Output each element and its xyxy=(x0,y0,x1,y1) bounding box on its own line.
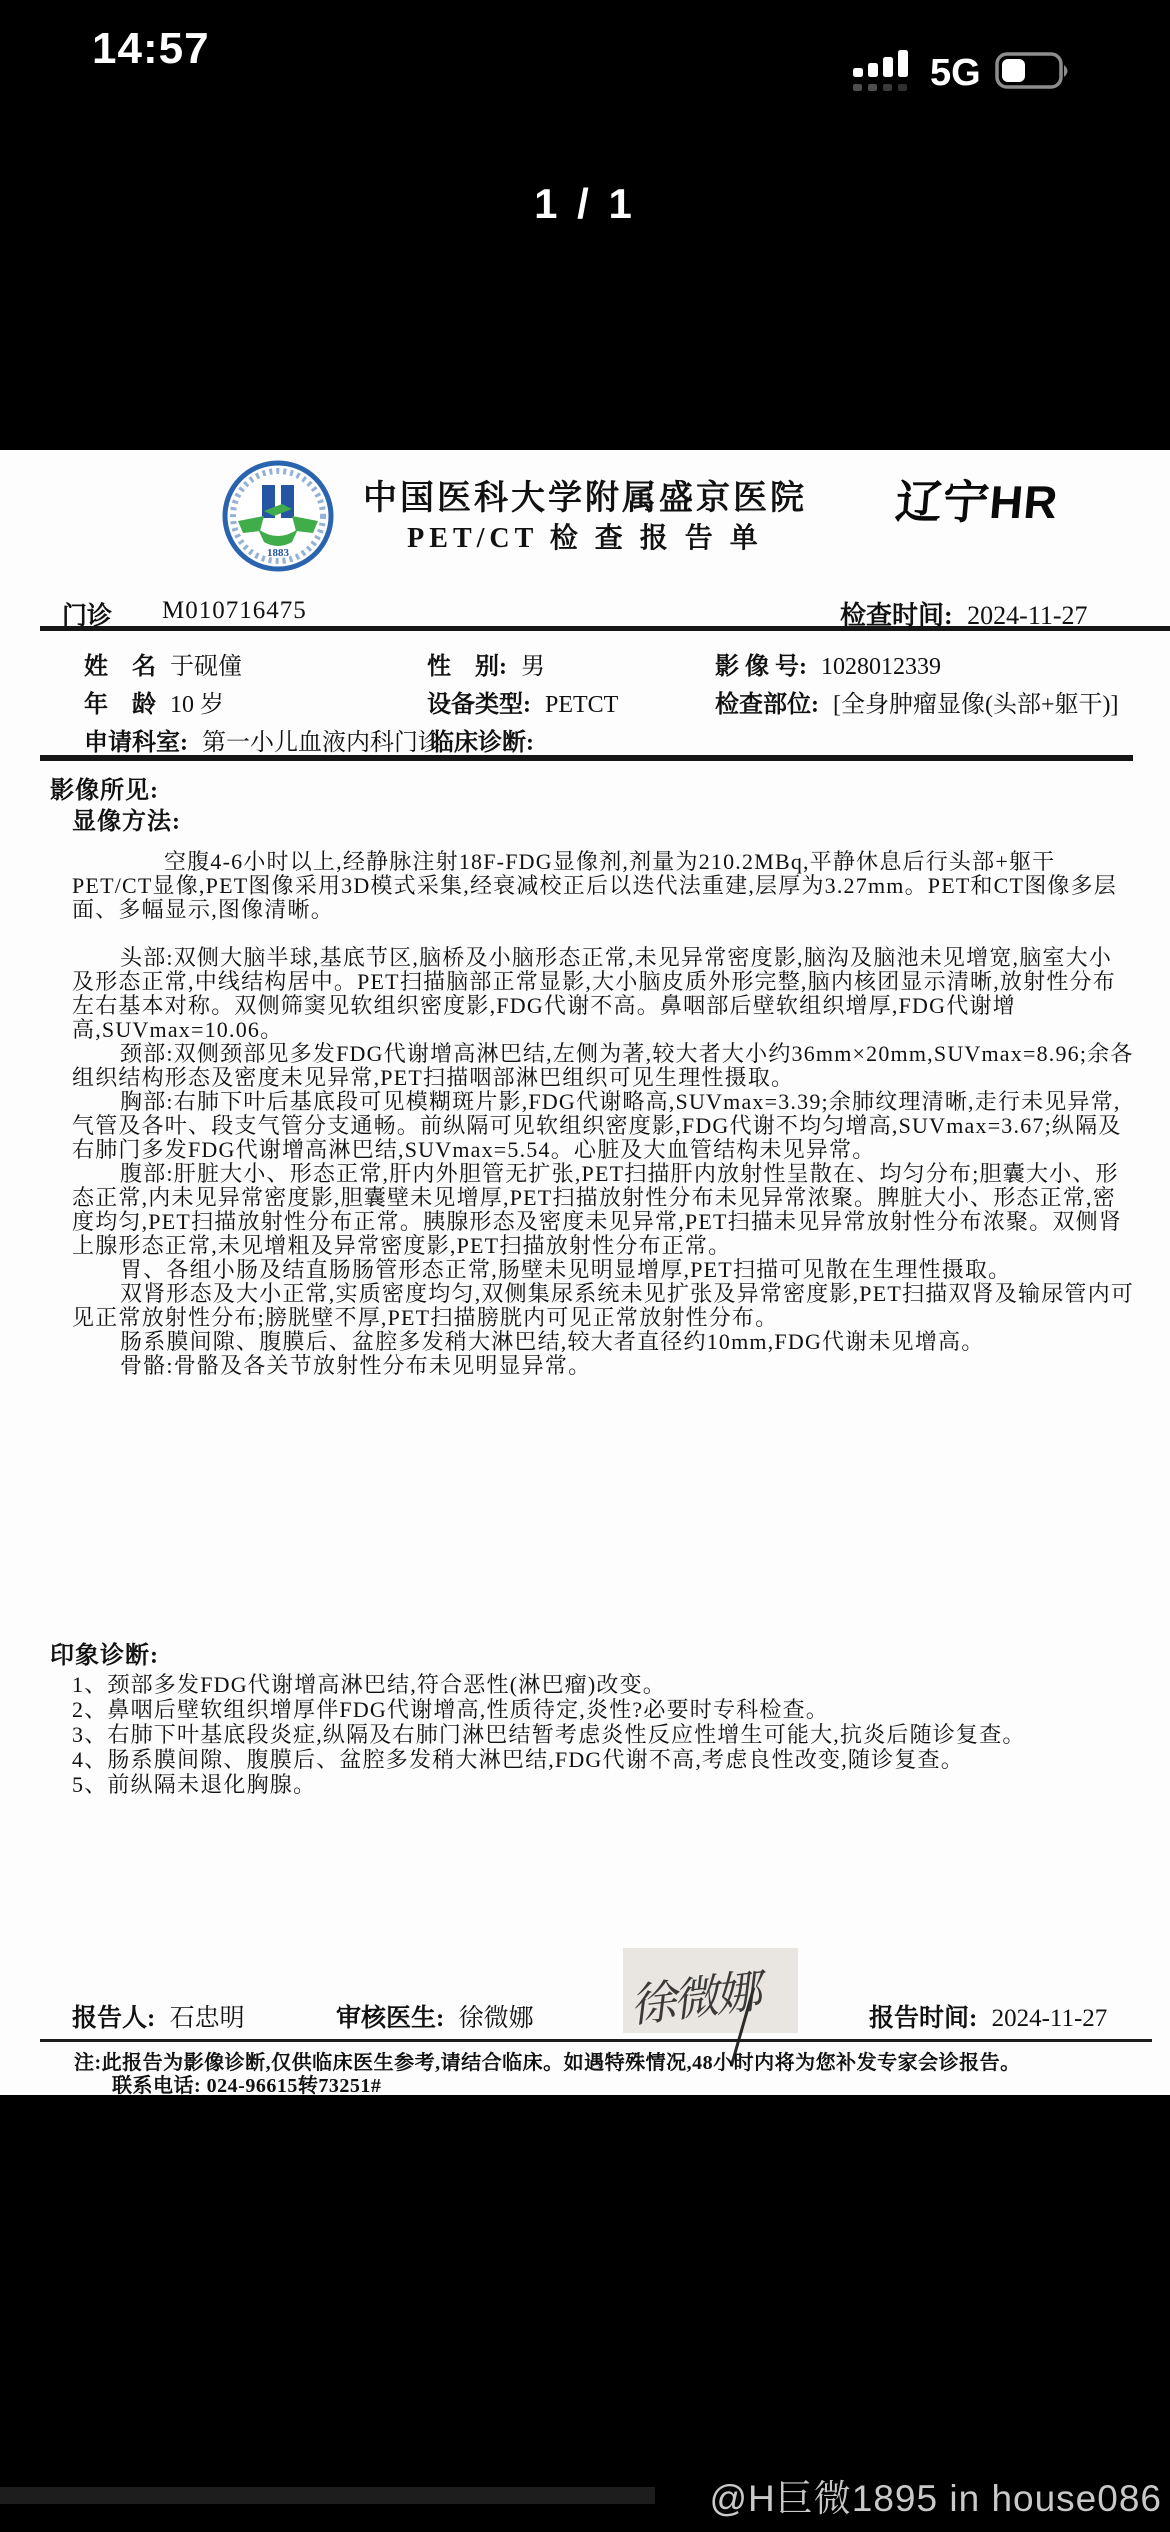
impression-item: 1、颈部多发FDG代谢增高淋巴结,符合恶性(淋巴瘤)改变。 xyxy=(72,1672,1147,1697)
network-type-label: 5G xyxy=(930,52,981,95)
signature-image: 徐微娜 xyxy=(623,1948,798,2033)
cellular-signal-icon xyxy=(852,46,916,101)
field-image-no: 影 像 号: 1028012339 xyxy=(715,646,941,681)
field-image-no-label: 影 像 号: xyxy=(715,654,807,680)
field-department-value: 第一小儿血液内科门诊 xyxy=(202,730,442,756)
divider-footer xyxy=(40,2039,1152,2042)
report-time-value: 2024-11-27 xyxy=(992,2005,1108,2032)
method-heading: 显像方法: xyxy=(72,801,181,836)
field-device-value: PETCT xyxy=(545,692,618,718)
field-age-value: 10 岁 xyxy=(170,692,224,718)
field-name-label: 姓 名 xyxy=(84,654,156,680)
field-exam-part: 检查部位: [全身肿瘤显像(头部+躯干)] xyxy=(715,684,1119,719)
divider-info xyxy=(40,755,1133,761)
finding-head: 头部:双侧大脑半球,基底节区,脑桥及小脑形态正常,未见异常密度影,脑沟及脑池未见… xyxy=(72,946,1135,1042)
footer-contact: 联系电话: 024-96615转73251# xyxy=(112,2069,381,2095)
finding-neck: 颈部:双侧颈部见多发FDG代谢增高淋巴结,左侧为著,较大者大小约36mm×20m… xyxy=(72,1042,1135,1090)
findings-body: 空腹4-6小时以上,经静脉注射18F-FDG显像剂,剂量为210.2MBq,平静… xyxy=(72,850,1135,1378)
divider-top xyxy=(40,626,1170,631)
impression-item: 2、鼻咽后壁软组织增厚伴FDG代谢增高,性质待定,炎性?必要时专科检查。 xyxy=(72,1697,1147,1722)
field-age: 年 龄 10 岁 xyxy=(84,684,224,719)
field-department: 申请科室: 第一小儿血液内科门诊 xyxy=(84,722,442,757)
field-clinical-diagnosis: 临床诊断: xyxy=(430,722,542,757)
reporter-field: 报告人: 石忠明 xyxy=(72,1998,245,2034)
reporter-name: 石忠明 xyxy=(170,2005,245,2032)
field-exam-part-label: 检查部位: xyxy=(715,692,819,718)
reviewer-field: 审核医生: 徐微娜 xyxy=(336,1998,534,2034)
visit-number: M010716475 xyxy=(162,597,307,625)
watermark-text: @H巨微1895 in house086 xyxy=(710,2468,1163,2522)
finding-bone: 骨骼:骨骼及各关节放射性分布未见明显异常。 xyxy=(72,1354,1135,1378)
finding-mesentery: 肠系膜间隙、腹膜后、盆腔多发稍大淋巴结,较大者直径约10mm,FDG代谢未见增高… xyxy=(72,1330,1135,1354)
status-bar-icons: 5G xyxy=(852,46,1075,101)
page-indicator: 1 / 1 xyxy=(0,180,1170,228)
field-device-label: 设备类型: xyxy=(427,692,531,718)
screenshot-root: { "status_bar": { "time": "14:57", "netw… xyxy=(0,0,1170,2532)
reporter-label: 报告人: xyxy=(72,2005,155,2032)
status-bar-time: 14:57 xyxy=(92,24,210,74)
field-clinical-diagnosis-label: 临床诊断: xyxy=(430,730,534,756)
impression-item: 3、右肺下叶基底段炎症,纵隔及右肺门淋巴结暂考虑炎性反应性增生可能大,抗炎后随诊… xyxy=(72,1722,1147,1747)
brand-logo: 辽宁HR xyxy=(893,466,1061,532)
impression-heading: 印象诊断: xyxy=(50,1635,159,1670)
method-paragraph: 空腹4-6小时以上,经静脉注射18F-FDG显像剂,剂量为210.2MBq,平静… xyxy=(72,850,1135,922)
reviewer-name: 徐微娜 xyxy=(459,2005,534,2032)
finding-chest: 胸部:右肺下叶后基底段可见模糊斑片影,FDG代谢略高,SUVmax=3.39;余… xyxy=(72,1090,1135,1162)
reviewer-label: 审核医生: xyxy=(336,2005,444,2032)
findings-heading: 影像所见: xyxy=(50,770,159,805)
field-exam-part-value: [全身肿瘤显像(头部+躯干)] xyxy=(833,692,1119,718)
impression-list: 1、颈部多发FDG代谢增高淋巴结,符合恶性(淋巴瘤)改变。 2、鼻咽后壁软组织增… xyxy=(72,1672,1147,1797)
impression-item: 4、肠系膜间隙、腹膜后、盆腔多发稍大淋巴结,FDG代谢不高,考虑良性改变,随诊复… xyxy=(72,1747,1147,1772)
field-device: 设备类型: PETCT xyxy=(427,684,618,719)
report-document-image[interactable]: 1883 中国医科大学附属盛京医院 PET/CT 检 查 报 告 单 辽宁HR … xyxy=(0,450,1170,2095)
battery-icon xyxy=(995,51,1075,96)
report-time-label: 报告时间: xyxy=(869,2005,977,2032)
report-time-field: 报告时间: 2024-11-27 xyxy=(869,1998,1107,2034)
finding-gi: 胃、各组小肠及结直肠肠管形态正常,肠壁未见明显增厚,PET扫描可见散在生理性摄取… xyxy=(72,1258,1135,1282)
impression-item: 5、前纵隔未退化胸腺。 xyxy=(72,1772,1147,1797)
finding-abdomen: 腹部:肝脏大小、形态正常,肝内外胆管无扩张,PET扫描肝内放射性呈散在、均匀分布… xyxy=(72,1162,1135,1258)
field-department-label: 申请科室: xyxy=(84,730,188,756)
field-sex: 性 别: 男 xyxy=(427,646,545,681)
signature-handwriting: 徐微娜 xyxy=(626,1950,802,2036)
field-sex-label: 性 别: xyxy=(427,654,507,680)
field-name-value: 于砚僮 xyxy=(170,654,242,680)
bottom-strip xyxy=(0,2487,655,2504)
field-age-label: 年 龄 xyxy=(84,692,156,718)
finding-kidney: 双肾形态及大小正常,实质密度均匀,双侧集尿系统未见扩张及异常密度影,PET扫描双… xyxy=(72,1282,1135,1330)
field-name: 姓 名 于砚僮 xyxy=(84,646,242,681)
field-sex-value: 男 xyxy=(521,654,545,680)
field-image-no-value: 1028012339 xyxy=(821,654,941,680)
